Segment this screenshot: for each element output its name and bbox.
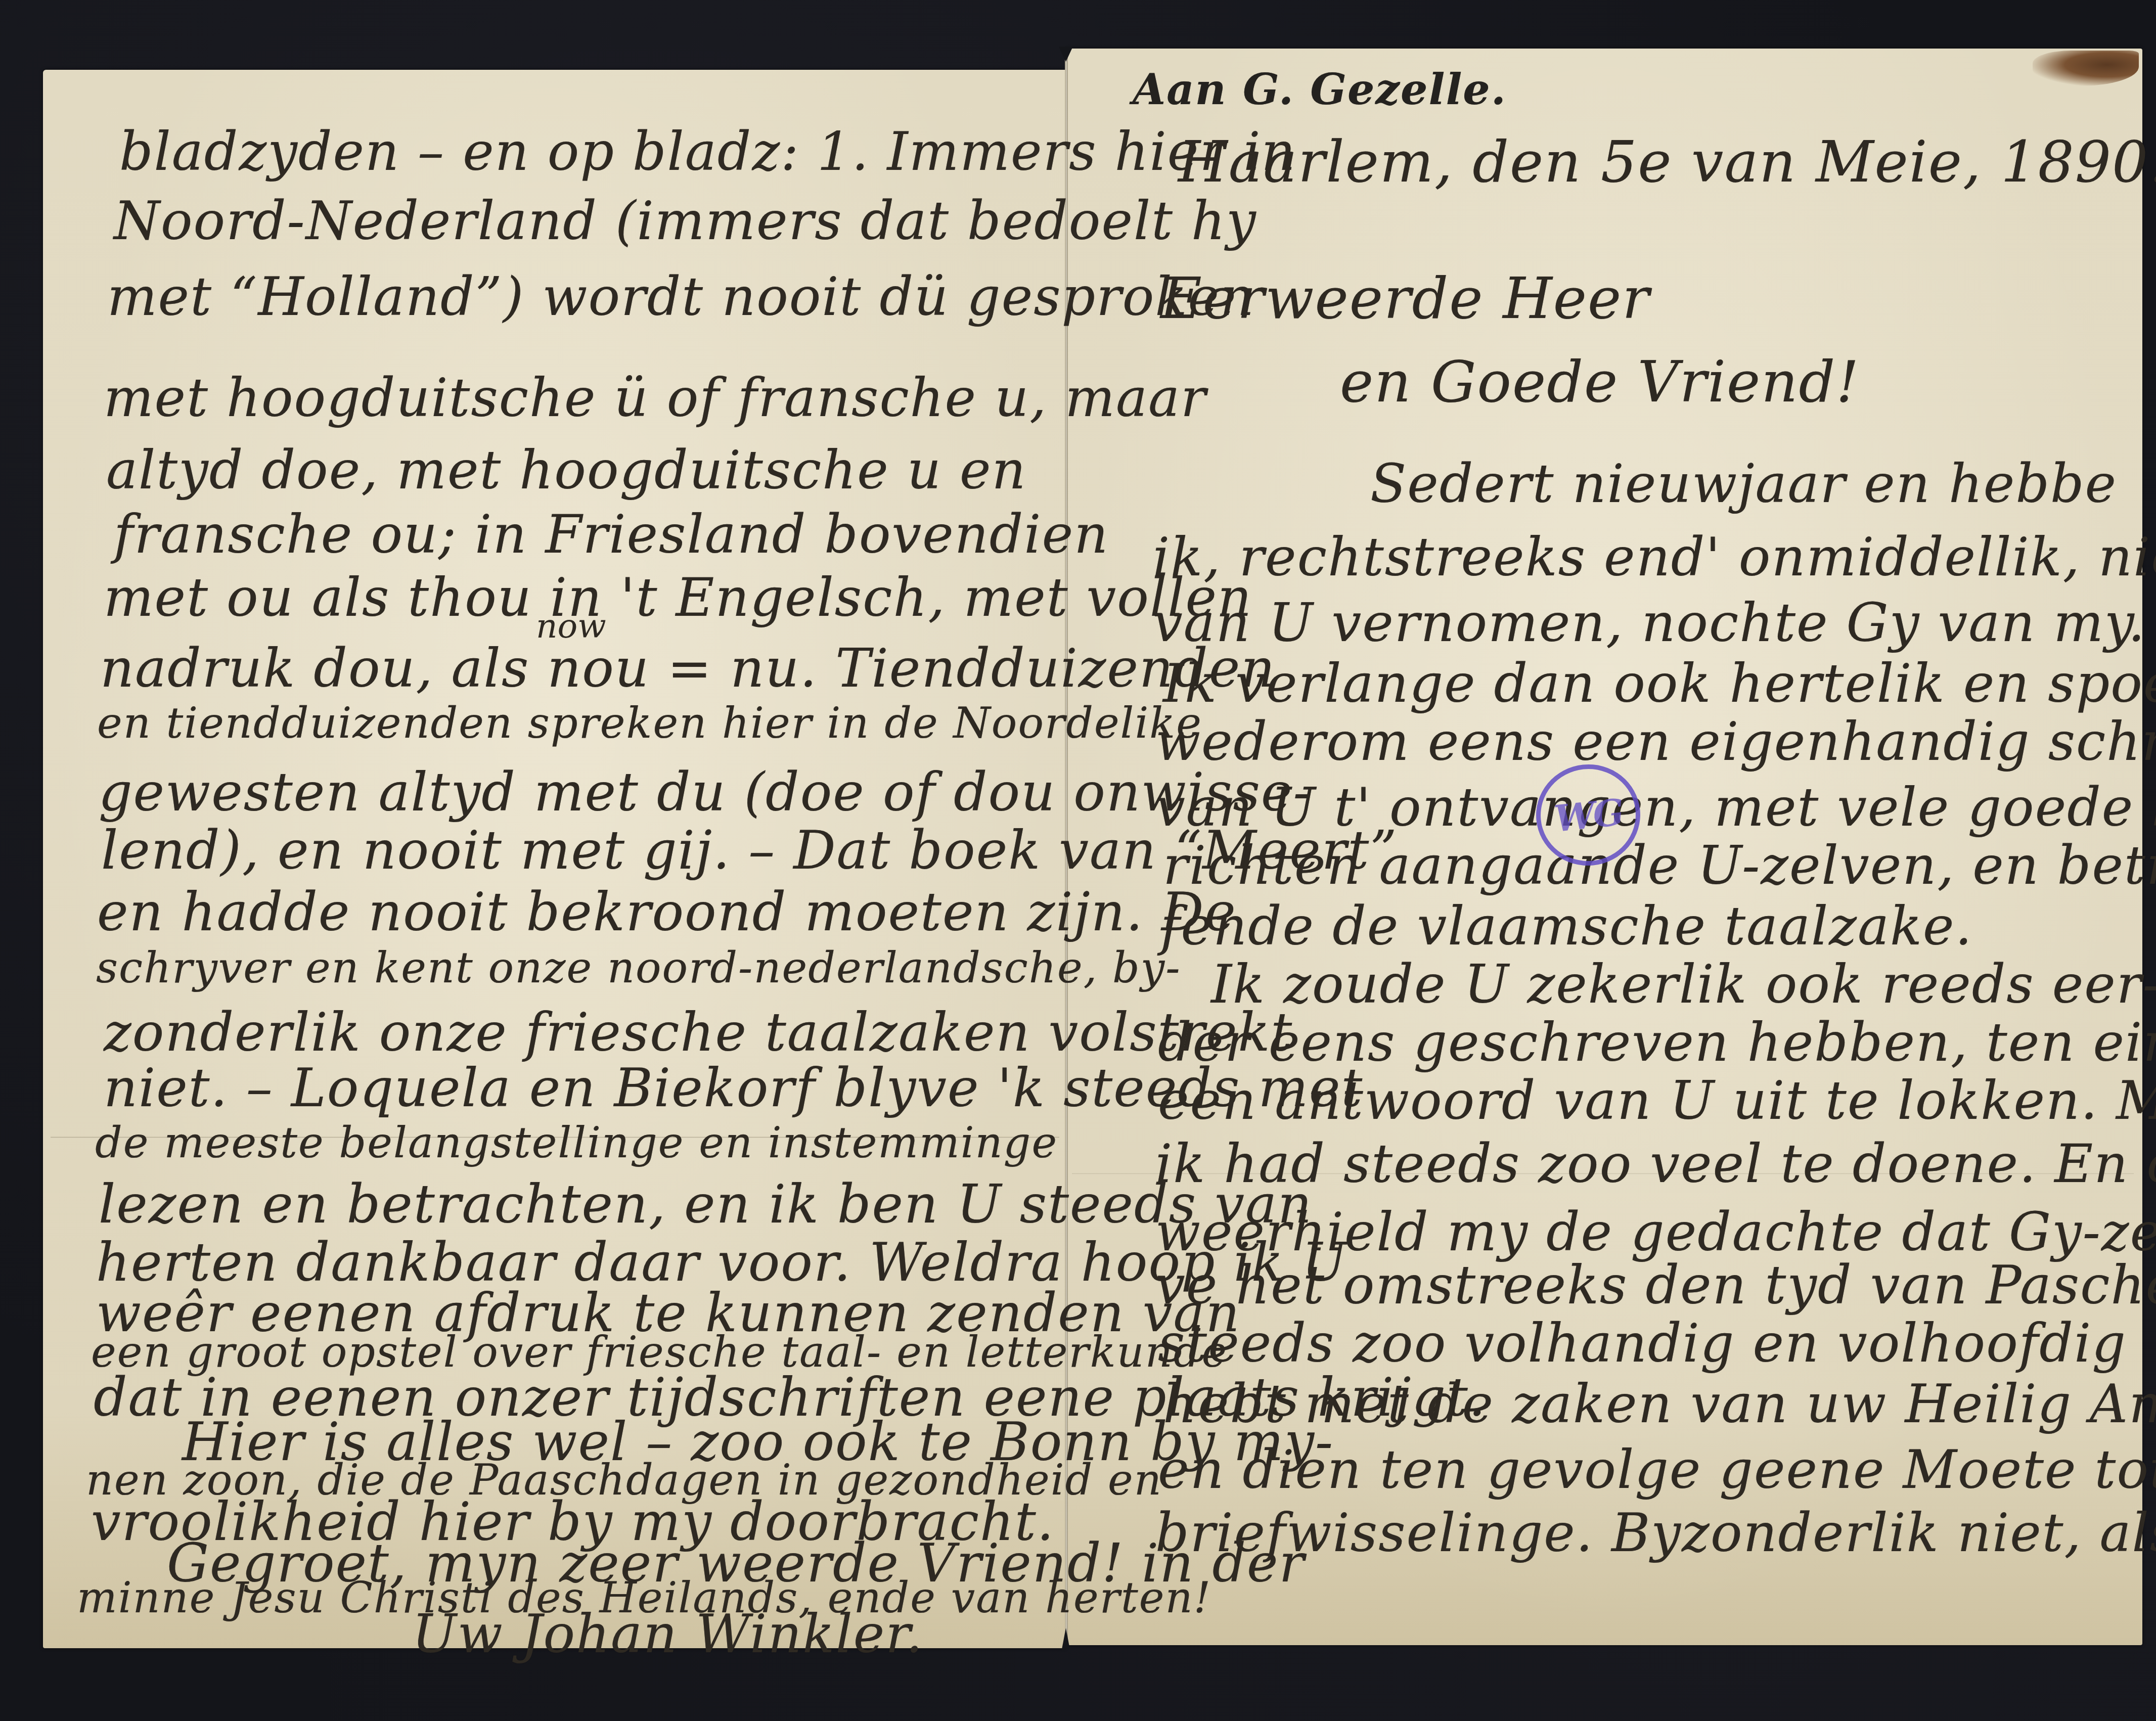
right-line-9: Ik zoude U zekerlik ook reeds eer- [1211, 958, 2156, 1011]
right-line-2: ik, rechtstreeks end' onmiddellik, niets [1153, 531, 2156, 583]
right-line-6: van U t' ontvangen, met vele goede be- [1155, 781, 2156, 834]
salutation-line-1: Eerweerde Heer [1160, 270, 1650, 327]
fold-notch-top [1059, 47, 1073, 62]
left-line-16: de meeste belangstellinge en instemminge [95, 1121, 1058, 1164]
left-line-13: schryver en kent onze noord-nederlandsch… [96, 946, 1181, 989]
right-line-10: der eens geschreven hebben, ten einde [1158, 1016, 2156, 1069]
right-line-5: wederom eens een eigenhandig schryven [1155, 715, 2156, 768]
left-line-6: fransche ou; in Friesland bovendien [114, 508, 1109, 561]
right-line-3: van U vernomen, nochte Gy van my. [1153, 597, 2146, 649]
addressee-note: Aan G. Gezelle. [1133, 68, 1507, 111]
stamp-monogram: WG [1552, 790, 1625, 840]
left-line-12: en hadde nooit bekroond moeten zijn. De [97, 886, 1237, 938]
left-line-2: Noord-Nederland (immers dat bedoelt hy [114, 195, 1257, 247]
right-line-13: weerhield my de gedachte dat Gy-zel- [1155, 1206, 2156, 1258]
left-line-4: met hoogduitsche ü of fransche u, maar [104, 372, 1207, 424]
right-line-14: ve het omstreeks den tyd van Paschen [1155, 1259, 2156, 1311]
left-line-8: nadruk dou, als nou = nu. Tiendduizenden [100, 642, 1276, 695]
left-line-17: lezen en betrachten, en ik ben U steeds … [99, 1178, 1313, 1231]
right-line-7: richten aangaande U-zelven, en betref- [1163, 839, 2156, 892]
dateline: Haarlem, den 5e van Meie, 1890. [1178, 134, 2156, 191]
left-line-14: zonderlik onze friesche taalzaken volstr… [104, 1006, 1293, 1059]
right-line-17: en dien ten gevolge geene Moete tot [1158, 1443, 2156, 1496]
right-line-1: Sedert nieuwjaar en hebbe [1370, 458, 2117, 510]
right-line-11: een antwoord van U uit te lokken. Maar [1158, 1074, 2156, 1127]
right-line-16: hebt met de zaken van uw Heilig Ambt, [1163, 1378, 2156, 1430]
signature: Uw Johan Winkler. [412, 1608, 924, 1660]
right-line-8: fende de vlaamsche taalzake. [1160, 900, 1973, 953]
right-line-15: steeds zoo volhandig en volhoofdig [1158, 1317, 2127, 1370]
left-line-5: altyd doe, met hoogduitsche u en [106, 444, 1026, 496]
left-line-7: met ou als thou in 't Engelsch, met voll… [104, 571, 1252, 624]
left-line-9: en tiendduizenden spreken hier in de Noo… [97, 702, 1202, 744]
left-line-10: gewesten altyd met du (doe of dou onwiss… [99, 766, 1312, 819]
right-line-12: ik had steeds zoo veel te doene. En ook [1155, 1138, 2156, 1190]
fold-notch-bottom [1062, 1628, 1070, 1649]
salutation-line-2: en Goede Vriend! [1340, 354, 1860, 411]
left-line-1: bladzyden – en op bladz: 1. Immers hier … [119, 125, 1296, 178]
left-line-3: met “Holland”) wordt nooit dü gesproken [107, 270, 1255, 323]
right-line-18: briefwisselinge. Byzonderlik niet, als [1155, 1507, 2156, 1559]
right-line-4: Ik verlange dan ook hertelik en spoedig [1163, 657, 2156, 710]
